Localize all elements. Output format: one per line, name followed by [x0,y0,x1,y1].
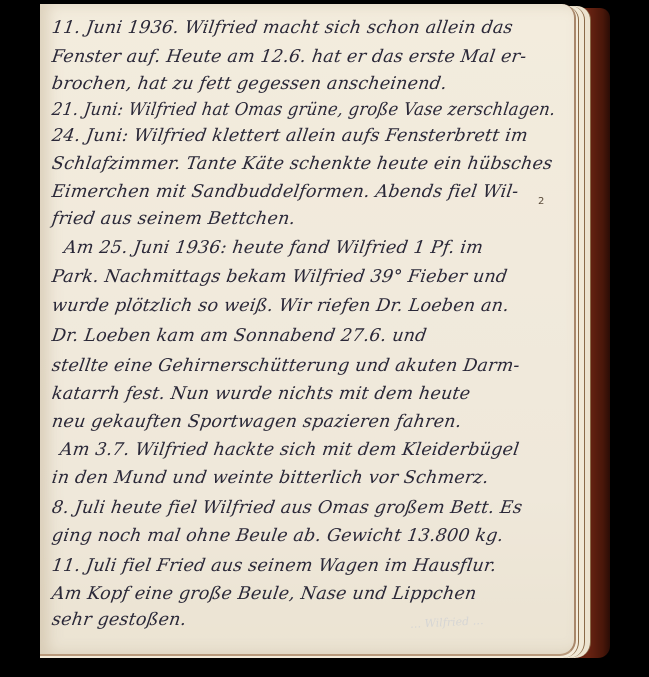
diary-line: 24. Juni: Wilfried klettert allein aufs … [51,126,530,146]
diary-line: Dr. Loeben kam am Sonnabend 27.6. und [51,326,428,346]
diary-line: ging noch mal ohne Beule ab. Gewicht 13.… [51,526,505,546]
diary-line: stellte eine Gehirnerschütterung und aku… [51,356,521,376]
diary-line: 11. Juni 1936. Wilfried macht sich schon… [51,18,515,38]
diary-line: Am 25. Juni 1936: heute fand Wilfried 1 … [63,238,485,258]
diary-line: fried aus seinem Bettchen. [51,209,297,229]
diary-line: in den Mund und weinte bitterlich vor Sc… [51,468,490,488]
margin-mark: 2 [538,196,544,207]
diary-line: Eimerchen mit Sandbuddelformen. Abends f… [51,182,520,202]
diary-line: brochen, hat zu fett gegessen anscheinen… [51,74,449,94]
diary-line: 11. Juli fiel Fried aus seinem Wagen im … [51,556,498,576]
diary-line: sehr gestoßen. [51,610,188,630]
diary-line: Am Kopf eine große Beule, Nase und Lippc… [51,584,478,604]
diary-line: Park. Nachmittags bekam Wilfried 39° Fie… [51,267,509,287]
diary-line: neu gekauften Sportwagen spazieren fahre… [51,412,463,432]
diary-line: katarrh fest. Nun wurde nichts mit dem h… [51,384,472,404]
diary-line: wurde plötzlich so weiß. Wir riefen Dr. … [51,296,511,316]
diary-line: Schlafzimmer. Tante Käte schenkte heute … [51,154,554,174]
diary-line: Am 3.7. Wilfried hackte sich mit dem Kle… [59,440,521,460]
diary-line: 21. Juni: Wilfried hat Omas grüne, große… [51,100,557,120]
ink-bleed-through: … Wilfried … [410,610,560,631]
diary-line: 8. Juli heute fiel Wilfried aus Omas gro… [51,498,524,518]
diary-page: 11. Juni 1936. Wilfried macht sich schon… [40,4,576,656]
diary-line: Fenster auf. Heute am 12.6. hat er das e… [51,47,528,67]
